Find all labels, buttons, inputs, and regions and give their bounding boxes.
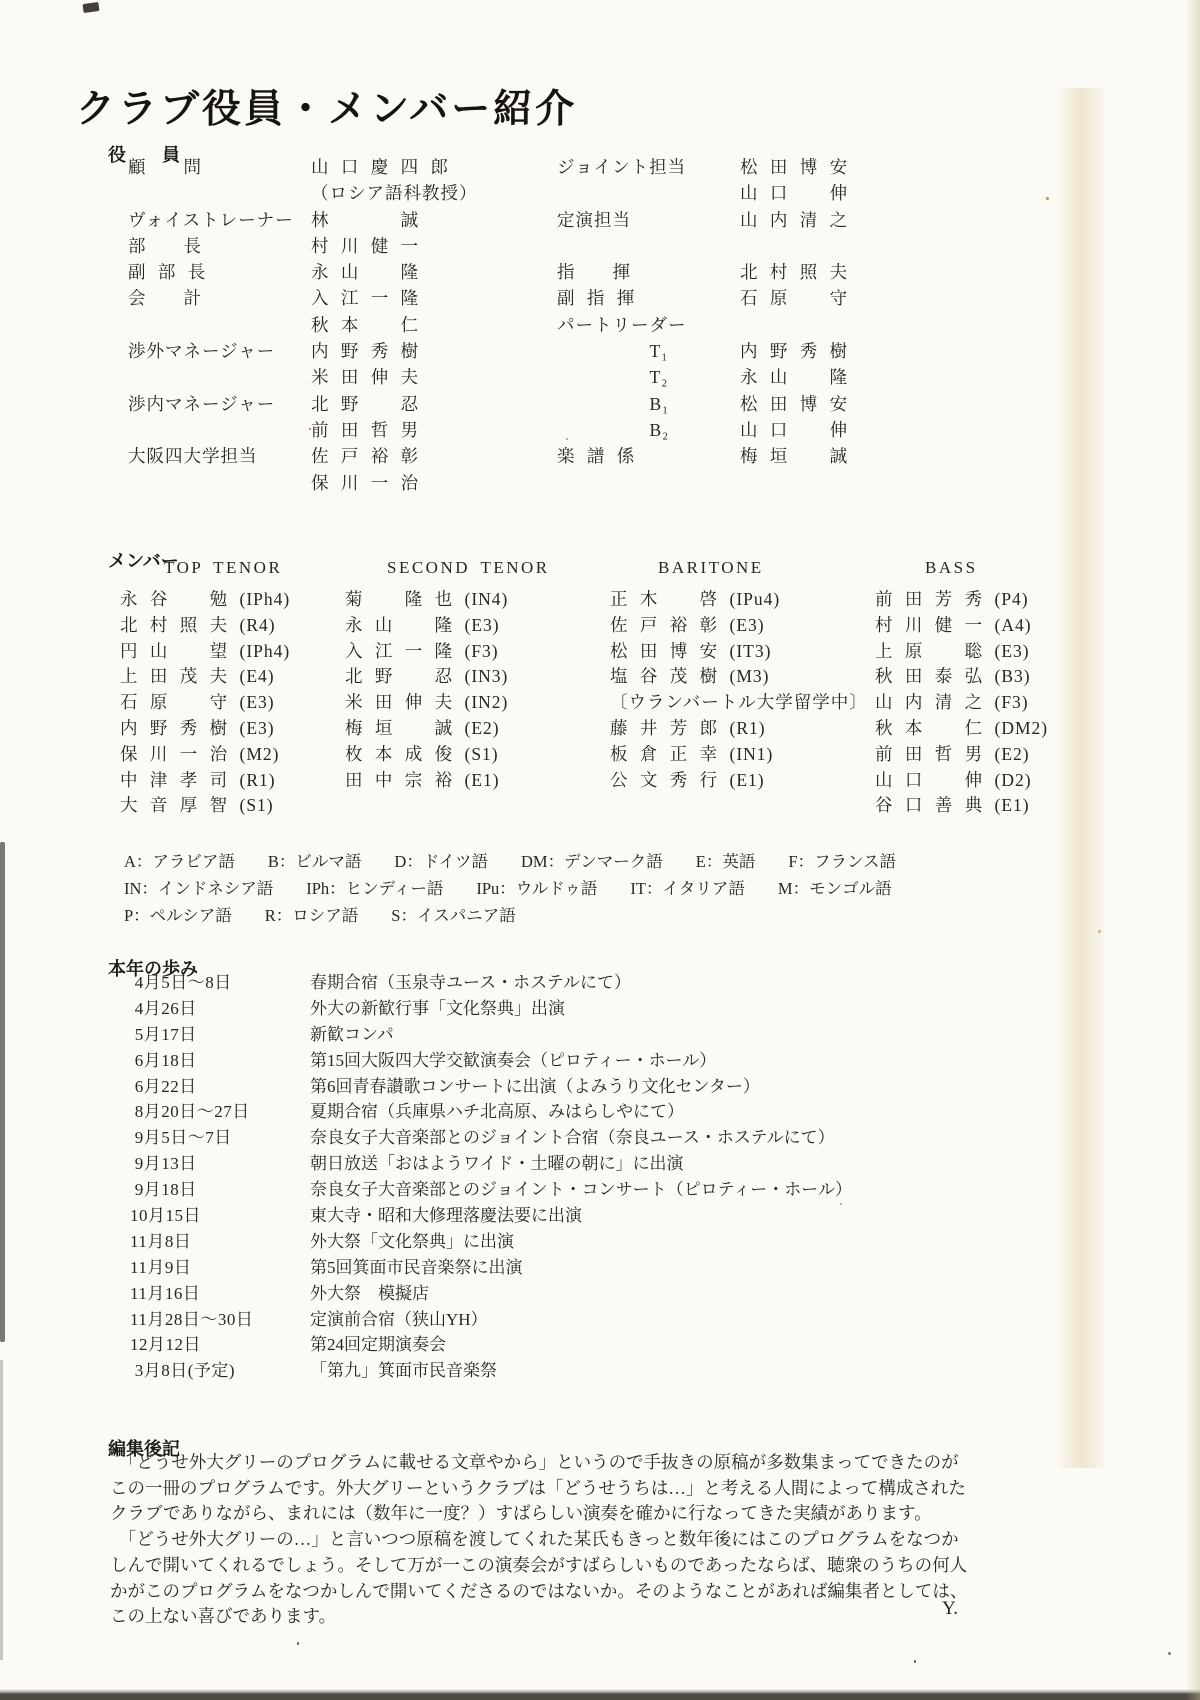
officer-role: [557, 233, 740, 259]
member-row: 菊 隆 也 (IN4): [345, 586, 610, 612]
officer-row: 前 田 哲 男: [128, 417, 558, 443]
officer-row: 渉内マネージャー 北 野 忍: [128, 391, 558, 417]
officer-name: 松 田 博 安: [740, 391, 848, 417]
event-date: 11月9日: [130, 1253, 310, 1279]
history-row: 9月18日 奈良女子大音楽部とのジョイント・コンサート（ピロティー・ホール）: [130, 1175, 852, 1201]
officer-name: （ロシア語科教授）: [311, 180, 478, 206]
officer-role: 副 指 揮: [557, 285, 740, 311]
event-date: 8月20日～27日: [130, 1097, 310, 1123]
officer-role: 顧 問: [128, 154, 311, 180]
officer-name: 佐 戸 裕 彰: [311, 443, 419, 469]
member-row: 梅 垣 誠 (E2): [345, 715, 610, 741]
officer-name: 入 江 一 隆: [311, 285, 419, 311]
officer-role: [128, 364, 311, 390]
officer-name: 秋 本 仁: [311, 312, 419, 338]
history-row: 4月5日～8日 春期合宿（玉泉寺ユース・ホステルにて）: [130, 968, 852, 994]
officer-row: 大阪四大学担当 佐 戸 裕 彰: [128, 443, 558, 469]
member-row: 入 江 一 隆 (F3): [345, 638, 610, 664]
page-title: クラブ役員・メンバー紹介: [76, 78, 577, 134]
event-date: 10月15日: [130, 1201, 310, 1227]
history-row: 9月5日～7日 奈良女子大音楽部とのジョイント合宿（奈良ユース・ホステルにて）: [130, 1123, 852, 1149]
history-list: 4月5日～8日 春期合宿（玉泉寺ユース・ホステルにて） 4月26日 外大の新歓行…: [130, 968, 852, 1382]
officer-name: 前 田 哲 男: [311, 417, 419, 443]
member-row: 円 山 望 (IPh4): [120, 638, 345, 664]
officer-name: 石 原 守: [740, 285, 848, 311]
officer-row: B₂ 山 口 伸: [557, 417, 987, 443]
officer-role: [128, 180, 311, 206]
member-row: 大 音 厚 智 (S1): [120, 792, 345, 818]
event-date: 5月17日: [130, 1020, 310, 1046]
event-date: 6月22日: [130, 1072, 310, 1098]
member-row: 公 文 秀 行 (E1): [610, 767, 875, 793]
event-description: 外大祭「文化祭典」に出演: [310, 1227, 514, 1253]
postscript-line: この一冊のプログラムです。外大グリーというクラブは「どうせうちは…」と考える人間…: [110, 1476, 967, 1502]
officer-role: パートリーダー: [557, 312, 740, 338]
officer-row: 秋 本 仁: [128, 312, 558, 338]
officer-role: B₂: [557, 417, 740, 443]
event-description: 外大祭 模擬店: [310, 1279, 429, 1305]
member-row: 中 津 孝 司 (R1): [120, 767, 345, 793]
officer-role: 指 揮: [557, 259, 740, 285]
event-description: 第5回箕面市民音楽祭に出演: [310, 1253, 523, 1279]
event-description: 定演前合宿（狭山YH）: [310, 1305, 488, 1331]
officer-name: 山 口 伸: [740, 417, 848, 443]
members-column-baritone: BARITONE 正 木 啓 (IPu4)佐 戸 裕 彰 (E3)松 田 博 安…: [610, 558, 875, 818]
member-row: 山 内 清 之 (F3): [875, 689, 1095, 715]
officer-name: 梅 垣 誠: [740, 443, 848, 469]
event-date: 9月5日～7日: [130, 1123, 310, 1149]
officer-row: T₂ 永 山 隆: [557, 364, 987, 390]
history-row: 12月12日 第24回定期演奏会: [130, 1330, 852, 1356]
member-row: 秋 田 泰 弘 (B3): [875, 663, 1095, 689]
officer-role: B₁: [557, 391, 740, 417]
postscript-line: この上ない喜びであります。: [110, 1604, 967, 1630]
event-date: 4月5日～8日: [130, 968, 310, 994]
postscript-line: 「どうせ外大グリーのプログラムに載せる文章やから」というので手抜きの原稿が多数集…: [110, 1450, 967, 1476]
event-description: 外大の新歓行事「文化祭典」出演: [310, 994, 565, 1020]
officer-role: 楽 譜 係: [557, 443, 740, 469]
officer-name: 松 田 博 安: [740, 154, 848, 180]
officer-row: [557, 233, 987, 259]
part-header-baritone: BARITONE: [610, 558, 875, 586]
members-column-bass: BASS 前 田 芳 秀 (P4)村 川 健 一 (A4)上 原 聡 (E3)秋…: [875, 558, 1095, 818]
history-row: 3月8日(予定) 「第九」箕面市民音楽祭: [130, 1356, 852, 1382]
part-header-second-tenor: SECOND TENOR: [345, 558, 610, 586]
officer-name: 保 川 一 治: [311, 470, 419, 496]
member-row: 上 田 茂 夫 (E4): [120, 663, 345, 689]
scan-corner-mark: [82, 2, 99, 13]
legend-line: P：ペルシア語 R：ロシア語 S：イスパニア語: [124, 902, 896, 929]
officer-name: 山 口 伸: [740, 180, 848, 206]
officer-row: 会 計 入 江 一 隆: [128, 285, 558, 311]
member-row: 前 田 芳 秀 (P4): [875, 586, 1095, 612]
officer-row: 副 指 揮 石 原 守: [557, 285, 987, 311]
officer-name: 山 内 清 之: [740, 207, 848, 233]
history-row: 8月20日～27日 夏期合宿（兵庫県ハチ北高原、みはらしやにて）: [130, 1097, 852, 1123]
event-description: 夏期合宿（兵庫県ハチ北高原、みはらしやにて）: [310, 1097, 684, 1123]
history-row: 6月18日 第15回大阪四大学交歓演奏会（ピロティー・ホール）: [130, 1046, 852, 1072]
postscript-line: 「どうせ外大グリーの…」と言いつつ原稿を渡してくれた某氏もきっと数年後にはこのプ…: [110, 1527, 967, 1553]
officers-right-column: ジョイント担当 松 田 博 安 山 口 伸 定演担当 山 内 清 之 指 揮 北…: [557, 154, 987, 470]
officer-role: 渉外マネージャー: [128, 338, 311, 364]
legend-line: IN：インドネシア語 IPh：ヒンディー語 IPu：ウルドゥ語 IT：イタリア語…: [124, 875, 896, 902]
officer-row: ヴォイストレーナー 林 誠: [128, 207, 558, 233]
part-header-top-tenor: TOP TENOR: [120, 558, 345, 586]
officer-row: パートリーダー: [557, 312, 987, 338]
officer-row: 副 部 長 永 山 隆: [128, 259, 558, 285]
officer-row: 定演担当 山 内 清 之: [557, 207, 987, 233]
event-description: 第6回青春讃歌コンサートに出演（よみうり文化センター）: [310, 1072, 760, 1098]
event-date: 3月8日(予定): [130, 1356, 310, 1382]
officer-role: ヴォイストレーナー: [128, 207, 311, 233]
officer-name: 北 野 忍: [311, 391, 419, 417]
history-row: 6月22日 第6回青春讃歌コンサートに出演（よみうり文化センター）: [130, 1072, 852, 1098]
member-row: 前 田 哲 男 (E2): [875, 741, 1095, 767]
officer-role: ジョイント担当: [557, 154, 740, 180]
history-row: 5月17日 新歓コンパ: [130, 1020, 852, 1046]
officer-role: T₁: [557, 338, 740, 364]
officer-row: 顧 問 山 口 慶 四 郎: [128, 154, 558, 180]
event-date: 9月18日: [130, 1175, 310, 1201]
officer-name: 林 誠: [311, 207, 419, 233]
officer-row: ジョイント担当 松 田 博 安: [557, 154, 987, 180]
member-row: 松 田 博 安 (IT3): [610, 638, 875, 664]
officer-name: 米 田 伸 夫: [311, 364, 419, 390]
member-row: 米 田 伸 夫 (IN2): [345, 689, 610, 715]
event-date: 4月26日: [130, 994, 310, 1020]
member-row: 枚 本 成 俊 (S1): [345, 741, 610, 767]
member-row: 北 村 照 夫 (R4): [120, 612, 345, 638]
member-row: 村 川 健 一 (A4): [875, 612, 1095, 638]
event-description: 奈良女子大音楽部とのジョイント・コンサート（ピロティー・ホール）: [310, 1175, 852, 1201]
member-row: 上 原 聡 (E3): [875, 638, 1095, 664]
officer-name: 永 山 隆: [311, 259, 419, 285]
scan-speck: [1098, 930, 1101, 933]
part-header-bass: BASS: [875, 558, 1095, 586]
editor-signature: Y.: [942, 1598, 958, 1620]
officer-role: T₂: [557, 364, 740, 390]
scan-bottom-edge: [0, 1689, 1200, 1700]
event-description: 東大寺・昭和大修理落慶法要に出演: [310, 1201, 582, 1227]
history-row: 9月13日 朝日放送「おはようワイド・土曜の朝に」に出演: [130, 1149, 852, 1175]
language-legend: A：アラビア語 B：ビルマ語 D：ドイツ語 DM：デンマーク語 E：英語 F：フ…: [124, 848, 896, 929]
event-description: 第24回定期演奏会: [310, 1330, 446, 1356]
officer-name: 北 村 照 夫: [740, 259, 848, 285]
event-date: 6月18日: [130, 1046, 310, 1072]
members-column-top-tenor: TOP TENOR 永 谷 勉 (IPh4)北 村 照 夫 (R4)円 山 望 …: [120, 558, 345, 818]
event-date: 12月12日: [130, 1330, 310, 1356]
member-row: 保 川 一 治 (M2): [120, 741, 345, 767]
member-row: 塩 谷 茂 樹 (M3): [610, 663, 875, 689]
officer-row: B₁ 松 田 博 安: [557, 391, 987, 417]
event-description: 「第九」箕面市民音楽祭: [310, 1356, 497, 1382]
officer-name: 内 野 秀 樹: [740, 338, 848, 364]
officer-role: [128, 312, 311, 338]
scan-speck: [1168, 1652, 1171, 1655]
officer-role: 渉内マネージャー: [128, 391, 311, 417]
member-list-baritone: 正 木 啓 (IPu4)佐 戸 裕 彰 (E3)松 田 博 安 (IT3)塩 谷…: [610, 586, 875, 792]
member-row: 正 木 啓 (IPu4): [610, 586, 875, 612]
scan-speck: [914, 1660, 916, 1663]
legend-line: A：アラビア語 B：ビルマ語 D：ドイツ語 DM：デンマーク語 E：英語 F：フ…: [124, 848, 896, 875]
officer-name: 村 川 健 一: [311, 233, 419, 259]
history-row: 11月9日 第5回箕面市民音楽祭に出演: [130, 1253, 852, 1279]
members-grid: TOP TENOR 永 谷 勉 (IPh4)北 村 照 夫 (R4)円 山 望 …: [120, 558, 1095, 818]
event-date: 11月28日～30日: [130, 1305, 310, 1331]
member-row: 藤 井 芳 郎 (R1): [610, 715, 875, 741]
officer-row: （ロシア語科教授）: [128, 180, 558, 206]
event-date: 11月8日: [130, 1227, 310, 1253]
officer-row: 山 口 伸: [557, 180, 987, 206]
member-row: 秋 本 仁 (DM2): [875, 715, 1095, 741]
event-date: 11月16日: [130, 1279, 310, 1305]
officer-role: [128, 470, 311, 496]
event-description: 春期合宿（玉泉寺ユース・ホステルにて）: [310, 968, 631, 994]
officer-row: T₁ 内 野 秀 樹: [557, 338, 987, 364]
event-description: 新歓コンパ: [310, 1020, 394, 1046]
history-row: 11月8日 外大祭「文化祭典」に出演: [130, 1227, 852, 1253]
officer-role: 会 計: [128, 285, 311, 311]
member-row: 谷 口 善 典 (E1): [875, 792, 1095, 818]
postscript-line: しんで開いてくれるでしょう。そして万が一この演奏会がすばらしいものであったならば…: [110, 1553, 967, 1579]
officer-name: 永 山 隆: [740, 364, 848, 390]
member-row: 永 谷 勉 (IPh4): [120, 586, 345, 612]
officers-left-column: 顧 問 山 口 慶 四 郎 （ロシア語科教授） ヴォイストレーナー 林 誠 部 …: [128, 154, 558, 496]
scan-left-edge-faint: [0, 1360, 3, 1660]
history-row: 10月15日 東大寺・昭和大修理落慶法要に出演: [130, 1201, 852, 1227]
event-date: 9月13日: [130, 1149, 310, 1175]
officer-row: 保 川 一 治: [128, 470, 558, 496]
member-row: 佐 戸 裕 彰 (E3): [610, 612, 875, 638]
member-row: 石 原 守 (E3): [120, 689, 345, 715]
postscript-line: クラブでありながら、まれには（数年に一度？）すばらしい演奏を確かに行なってきた実…: [110, 1501, 967, 1527]
members-column-second-tenor: SECOND TENOR 菊 隆 也 (IN4)永 山 隆 (E3)入 江 一 …: [345, 558, 610, 818]
officer-role: 副 部 長: [128, 259, 311, 285]
member-row: 内 野 秀 樹 (E3): [120, 715, 345, 741]
scan-left-edge: [0, 842, 5, 1342]
officer-row: 部 長 村 川 健 一: [128, 233, 558, 259]
member-row: 板 倉 正 幸 (IN1): [610, 741, 875, 767]
member-list-bass: 前 田 芳 秀 (P4)村 川 健 一 (A4)上 原 聡 (E3)秋 田 泰 …: [875, 586, 1095, 818]
scan-speck: [297, 1642, 299, 1645]
officer-role: 定演担当: [557, 207, 740, 233]
member-row: 永 山 隆 (E3): [345, 612, 610, 638]
officer-name: 山 口 慶 四 郎: [311, 154, 449, 180]
officer-row: 渉外マネージャー 内 野 秀 樹: [128, 338, 558, 364]
scan-right-edge: [1186, 0, 1200, 1700]
scan-speck: [1046, 197, 1049, 200]
officer-role: 大阪四大学担当: [128, 443, 311, 469]
history-row: 4月26日 外大の新歓行事「文化祭典」出演: [130, 994, 852, 1020]
event-description: 第15回大阪四大学交歓演奏会（ピロティー・ホール）: [310, 1046, 716, 1072]
event-description: 奈良女子大音楽部とのジョイント合宿（奈良ユース・ホステルにて）: [310, 1123, 835, 1149]
officer-row: 楽 譜 係 梅 垣 誠: [557, 443, 987, 469]
history-row: 11月28日～30日 定演前合宿（狭山YH）: [130, 1305, 852, 1331]
event-description: 朝日放送「おはようワイド・土曜の朝に」に出演: [310, 1149, 684, 1175]
member-list-top-tenor: 永 谷 勉 (IPh4)北 村 照 夫 (R4)円 山 望 (IPh4)上 田 …: [120, 586, 345, 818]
member-row: 田 中 宗 裕 (E1): [345, 767, 610, 793]
history-row: 11月16日 外大祭 模擬店: [130, 1279, 852, 1305]
member-row: 北 野 忍 (IN3): [345, 663, 610, 689]
member-list-second-tenor: 菊 隆 也 (IN4)永 山 隆 (E3)入 江 一 隆 (F3)北 野 忍 (…: [345, 586, 610, 792]
member-row: 〔ウランバートル大学留学中〕: [610, 689, 875, 715]
officer-name: 内 野 秀 樹: [311, 338, 419, 364]
postscript-line: かがこのプログラムをなつかしんで開いてくださるのではないか。そのようなことがあれ…: [110, 1579, 967, 1605]
officer-role: 部 長: [128, 233, 311, 259]
officer-row: 指 揮 北 村 照 夫: [557, 259, 987, 285]
officer-row: 米 田 伸 夫: [128, 364, 558, 390]
officer-role: [128, 417, 311, 443]
member-row: 山 口 伸 (D2): [875, 767, 1095, 793]
officer-role: [557, 180, 740, 206]
program-page: クラブ役員・メンバー紹介 役 員 顧 問 山 口 慶 四 郎 （ロシア語科教授）…: [0, 0, 1200, 1700]
postscript-body: 「どうせ外大グリーのプログラムに載せる文章やから」というので手抜きの原稿が多数集…: [110, 1450, 967, 1630]
